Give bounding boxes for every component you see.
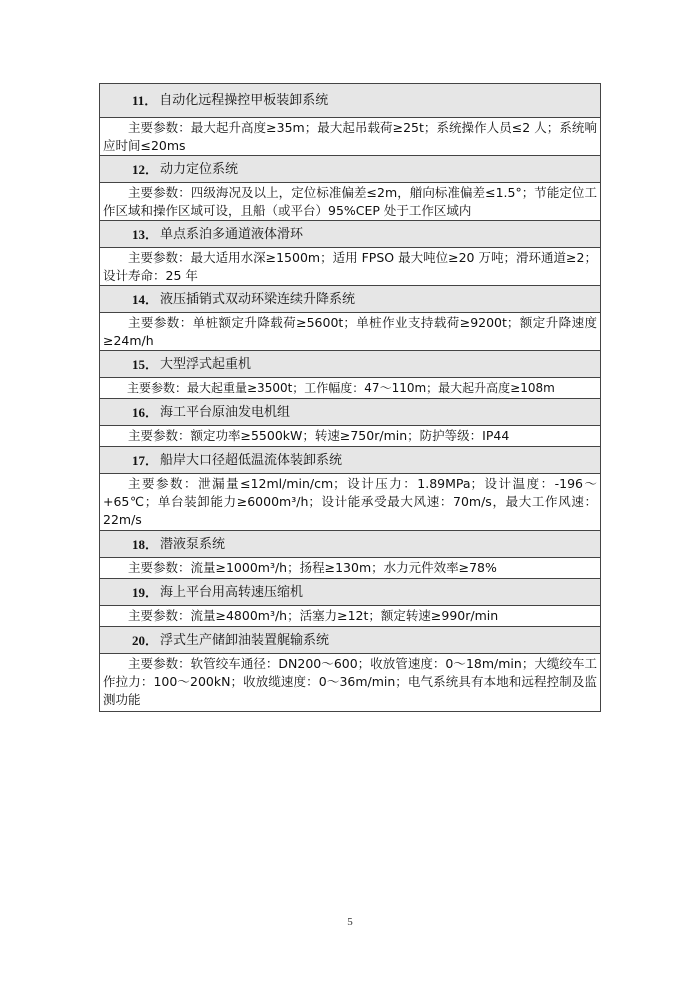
item-params-18: 主要参数：流量≥1000m³/h；扬程≥130m；水力元件效率≥78% bbox=[100, 558, 600, 579]
item-params-17: 主要参数：泄漏量≤12ml/min/cm；设计压力：1.89MPa；设计温度：-… bbox=[100, 474, 600, 531]
item-title: 船岸大口径超低温流体装卸系统 bbox=[160, 452, 342, 470]
item-params-16: 主要参数：额定功率≥5500kW；转速≥750r/min；防护等级：IP44 bbox=[100, 426, 600, 447]
item-params-19: 主要参数：流量≥4800m³/h；活塞力≥12t；额定转速≥990r/min bbox=[100, 606, 600, 627]
item-title: 液压插销式双动环梁连续升降系统 bbox=[160, 291, 355, 309]
item-number: 19． bbox=[132, 584, 158, 602]
item-number: 20． bbox=[132, 632, 158, 650]
equipment-table: 11．自动化远程操控甲板装卸系统 主要参数：最大起升高度≥35m；最大起吊载荷≥… bbox=[99, 83, 601, 712]
item-title: 海上平台用高转速压缩机 bbox=[160, 584, 303, 602]
item-number: 16． bbox=[132, 404, 158, 422]
item-header-13: 13．单点系泊多通道液体滑环 bbox=[100, 221, 600, 248]
item-header-20: 20．浮式生产储卸油装置艉输系统 bbox=[100, 627, 600, 654]
item-title: 单点系泊多通道液体滑环 bbox=[160, 226, 303, 244]
item-header-17: 17．船岸大口径超低温流体装卸系统 bbox=[100, 447, 600, 474]
item-header-11: 11．自动化远程操控甲板装卸系统 bbox=[100, 84, 600, 118]
item-number: 11． bbox=[132, 92, 157, 110]
item-number: 18． bbox=[132, 536, 158, 554]
item-title: 自动化远程操控甲板装卸系统 bbox=[159, 92, 328, 110]
item-title: 海工平台原油发电机组 bbox=[160, 404, 290, 422]
item-params-11: 主要参数：最大起升高度≥35m；最大起吊载荷≥25t；系统操作人员≤2 人；系统… bbox=[100, 118, 600, 156]
item-title: 大型浮式起重机 bbox=[160, 356, 251, 374]
item-header-19: 19．海上平台用高转速压缩机 bbox=[100, 579, 600, 606]
item-header-14: 14．液压插销式双动环梁连续升降系统 bbox=[100, 286, 600, 313]
item-params-13: 主要参数：最大适用水深≥1500m；适用 FPSO 最大吨位≥20 万吨；滑环通… bbox=[100, 248, 600, 286]
item-params-12: 主要参数：四级海况及以上，定位标准偏差≤2m，艏向标准偏差≤1.5°；节能定位工… bbox=[100, 183, 600, 221]
item-params-15: 主要参数：最大起重量≥3500t；工作幅度：47～110m；最大起升高度≥108… bbox=[100, 378, 600, 399]
item-header-15: 15．大型浮式起重机 bbox=[100, 351, 600, 378]
item-title: 动力定位系统 bbox=[160, 161, 238, 179]
item-header-16: 16．海工平台原油发电机组 bbox=[100, 399, 600, 426]
item-number: 13． bbox=[132, 226, 158, 244]
item-header-12: 12．动力定位系统 bbox=[100, 156, 600, 183]
item-number: 15． bbox=[132, 356, 158, 374]
item-title: 潜液泵系统 bbox=[160, 536, 225, 554]
item-number: 17． bbox=[132, 452, 158, 470]
item-params-14: 主要参数：单桩额定升降载荷≥5600t；单桩作业支持载荷≥9200t；额定升降速… bbox=[100, 313, 600, 351]
item-header-18: 18．潜液泵系统 bbox=[100, 531, 600, 558]
item-number: 12． bbox=[132, 161, 158, 179]
item-number: 14． bbox=[132, 291, 158, 309]
item-params-20: 主要参数：软管绞车通径：DN200～600；收放管速度：0～18m/min；大缆… bbox=[100, 654, 600, 711]
item-title: 浮式生产储卸油装置艉输系统 bbox=[160, 632, 329, 650]
page-number: 5 bbox=[0, 916, 700, 928]
